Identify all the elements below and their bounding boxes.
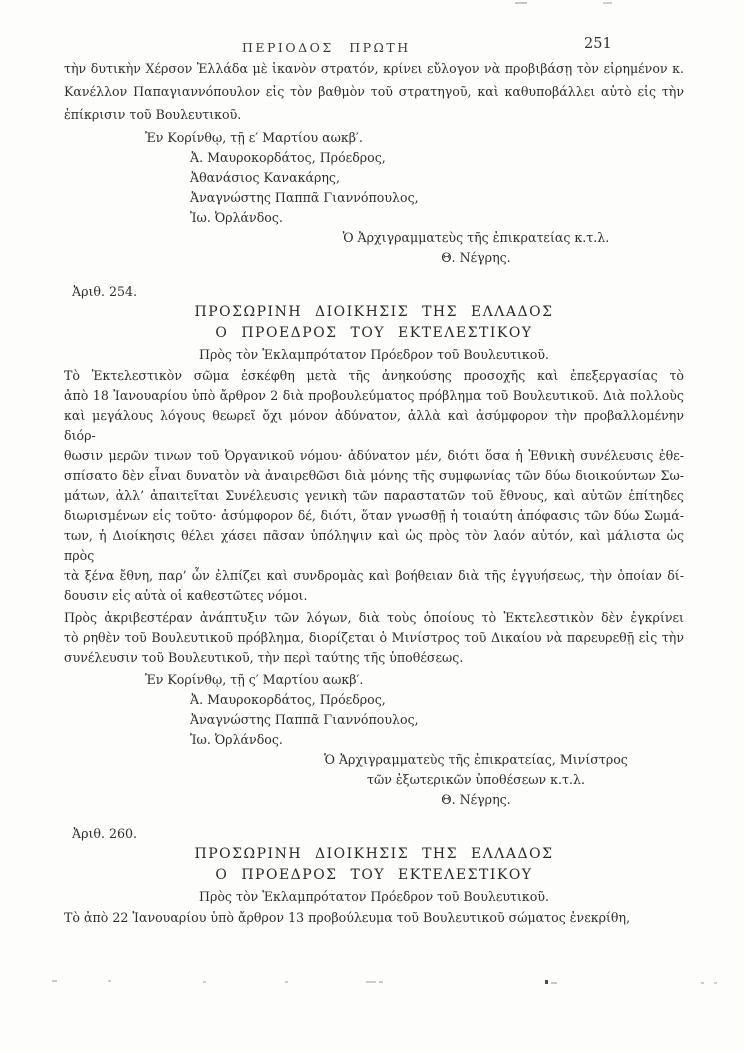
page-content: τὴν δυτικὴν Χέρσον Ἑλλάδα μὲ ἱκανὸν στρα… bbox=[64, 57, 684, 928]
scan-artifact bbox=[714, 982, 717, 984]
paragraph-line: τὸ ρηθὲν τοῦ Βουλευτικοῦ πρόβλημα, διορί… bbox=[64, 628, 684, 648]
paragraph-line: Πρὸς ἀκριβεστέραν ἀνάπτυξιν τῶν λόγων, δ… bbox=[64, 608, 684, 628]
paragraph-line: μάτων, ἀλλ’ ἀπαιτεῖται Συνέλευσις γενικὴ… bbox=[64, 486, 684, 506]
paragraph-line: τὴν δυτικὴν Χέρσον Ἑλλάδα μὲ ἱκανὸν στρα… bbox=[64, 57, 684, 80]
doc-number: Ἀριθ. 254. bbox=[64, 282, 684, 302]
doc-heading-primary: ΠΡΟΣΩΡΙΝΗ ΔΙΟΙΚΗΣΙΣ ΤΗΣ ΕΛΛΑΔΟΣ bbox=[64, 844, 684, 865]
salutation: Πρὸς τὸν Ἐκλαμπρότατον Πρόεδρον τοῦ Βουλ… bbox=[64, 346, 684, 364]
paragraph-line: Τὸ Ἐκτελεστικὸν σῶμα ἐσκέφθη μετὰ τῆς ἀν… bbox=[64, 366, 684, 386]
secretary-line: Ὁ Ἀρχιγραμματεὺς τῆς ἐπικρατείας κ.τ.λ. bbox=[276, 228, 676, 248]
secretary-line: τῶν ἐξωτερικῶν ὑποθέσεων κ.τ.λ. bbox=[276, 770, 676, 790]
signature-item: Ἀ. Μαυροκορδάτος, Πρόεδρος, bbox=[64, 690, 684, 710]
running-head-title: ΠΕΡΙΟΔΟΣ ΠΡΩΤΗ bbox=[242, 40, 411, 55]
signature-item: Ἀναγνώστης Παππᾶ Γιαννόπουλος, bbox=[64, 710, 684, 730]
paragraph-line: τὰ ξένα ἔθνη, παρ’ ὧν ἐλπίζει καὶ συνδρο… bbox=[64, 566, 684, 586]
body-paragraph: Τὸ Ἐκτελεστικὸν σῶμα ἐσκέφθη μετὰ τῆς ἀν… bbox=[64, 366, 684, 606]
paragraph-line: συνέλευσιν τοῦ Βουλευτικοῦ, τὴν περὶ ταύ… bbox=[64, 648, 684, 668]
salutation: Πρὸς τὸν Ἐκλαμπρότατον Πρόεδρον τοῦ Βουλ… bbox=[64, 888, 684, 906]
signature-item: Ἰω. Ὀρλάνδος. bbox=[64, 730, 684, 750]
dateline: Ἐν Κορίνθῳ, τῇ ε′ Μαρτίου αωκβ′. bbox=[64, 128, 684, 148]
closing-block-doc-254: Ἐν Κορίνθῳ, τῇ ς′ Μαρτίου αωκβ′. Ἀ. Μαυρ… bbox=[64, 670, 684, 810]
scan-artifact bbox=[203, 981, 206, 983]
paragraph-line: ἀπὸ 18 Ἰανουαρίου ὑπὸ ἄρθρον 2 διὰ προβο… bbox=[64, 386, 684, 406]
signature-item: Ἀ. Μαυροκορδάτος, Πρόεδρος, bbox=[64, 148, 684, 168]
paragraph-line: Τὸ ἀπὸ 22 Ἰανουαρίου ὑπὸ ἄρθρον 13 προβο… bbox=[64, 908, 684, 928]
paragraph-line: καὶ μεγάλους λόγους θεωρεῖ ὄχι μόνον ἀδύ… bbox=[64, 406, 684, 446]
document-254-section: Ἀριθ. 254. ΠΡΟΣΩΡΙΝΗ ΔΙΟΙΚΗΣΙΣ ΤΗΣ ΕΛΛΑΔ… bbox=[64, 282, 684, 810]
page-number: 251 bbox=[584, 36, 612, 52]
signature-item: Ἰω. Ὀρλάνδος. bbox=[64, 208, 684, 228]
signature-item: Ἀθανάσιος Κανακάρης, bbox=[64, 168, 684, 188]
paragraph-line: σπίσατο δὲν εἶναι δυνατὸν νὰ ἀναιρεθῶσι … bbox=[64, 466, 684, 486]
body-paragraph: Τὸ ἀπὸ 22 Ἰανουαρίου ὑπὸ ἄρθρον 13 προβο… bbox=[64, 908, 684, 928]
scan-artifact bbox=[545, 980, 548, 984]
continued-paragraph: τὴν δυτικὴν Χέρσον Ἑλλάδα μὲ ἱκανὸν στρα… bbox=[64, 57, 684, 126]
scanned-page: ΠΕΡΙΟΔΟΣ ΠΡΩΤΗ 251 τὴν δυτικὴν Χέρσον Ἑλ… bbox=[0, 0, 744, 1052]
closing-block-previous-doc: Ἐν Κορίνθῳ, τῇ ε′ Μαρτίου αωκβ′. Ἀ. Μαυρ… bbox=[64, 128, 684, 268]
signature-list: Ἀ. Μαυροκορδάτος, Πρόεδρος,Ἀθανάσιος Καν… bbox=[64, 148, 684, 228]
paragraph-line: Κανέλλον Παπαγιαννόπουλον εἰς τὸν βαθμὸν… bbox=[64, 80, 684, 103]
doc-heading-secondary: Ο ΠΡΟΕΔΡΟΣ ΤΟΥ ΕΚΤΕΛΕΣΤΙΚΟΥ bbox=[64, 323, 684, 344]
scan-artifact bbox=[551, 982, 557, 984]
body-paragraph: Πρὸς ἀκριβεστέραν ἀνάπτυξιν τῶν λόγων, δ… bbox=[64, 608, 684, 668]
secretary-line: Θ. Νέγρης. bbox=[276, 248, 676, 268]
paragraph-line: θωσιν μερῶν τινων τοῦ Ὀργανικοῦ νόμου· ἀ… bbox=[64, 446, 684, 466]
scan-artifact bbox=[108, 980, 111, 982]
scan-artifact bbox=[701, 982, 704, 984]
dateline: Ἐν Κορίνθῳ, τῇ ς′ Μαρτίου αωκβ′. bbox=[64, 670, 684, 690]
scan-artifact bbox=[515, 2, 527, 4]
doc-heading-secondary: Ο ΠΡΟΕΔΡΟΣ ΤΟΥ ΕΚΤΕΛΕΣΤΙΚΟΥ bbox=[64, 865, 684, 886]
scan-artifact bbox=[52, 980, 57, 982]
scan-artifact bbox=[285, 981, 288, 983]
secretary-block: Ὁ Ἀρχιγραμματεὺς τῆς ἐπικρατείας, Μινίστ… bbox=[276, 750, 676, 810]
paragraph-line: διωρισμένων εἰς τοῦτο· ἀσύμφορον δέ, διό… bbox=[64, 506, 684, 526]
secretary-line: Ὁ Ἀρχιγραμματεὺς τῆς ἐπικρατείας, Μινίστ… bbox=[276, 750, 676, 770]
secretary-block: Ὁ Ἀρχιγραμματεὺς τῆς ἐπικρατείας κ.τ.λ.Θ… bbox=[276, 228, 676, 268]
doc-number: Ἀριθ. 260. bbox=[64, 824, 684, 844]
paragraph-line: ἐπίκρισιν τοῦ Βουλευτικοῦ. bbox=[64, 103, 684, 126]
signature-item: Ἀναγνώστης Παππᾶ Γιαννόπουλος, bbox=[64, 188, 684, 208]
document-260-section: Ἀριθ. 260. ΠΡΟΣΩΡΙΝΗ ΔΙΟΙΚΗΣΙΣ ΤΗΣ ΕΛΛΑΔ… bbox=[64, 824, 684, 928]
scan-artifact bbox=[366, 981, 376, 983]
scan-artifact bbox=[379, 981, 383, 983]
doc-heading-primary: ΠΡΟΣΩΡΙΝΗ ΔΙΟΙΚΗΣΙΣ ΤΗΣ ΕΛΛΑΔΟΣ bbox=[64, 302, 684, 323]
signature-list: Ἀ. Μαυροκορδάτος, Πρόεδρος,Ἀναγνώστης Πα… bbox=[64, 690, 684, 750]
scan-artifact bbox=[603, 2, 612, 4]
paragraph-line: των, ἡ Διοίκησις θέλει χάσει πᾶσαν ὑπόλη… bbox=[64, 526, 684, 566]
secretary-line: Θ. Νέγρης. bbox=[276, 790, 676, 810]
paragraph-line: δουσιν εἰς αὐτὰ οἱ καθεστῶτες νόμοι. bbox=[64, 586, 684, 606]
